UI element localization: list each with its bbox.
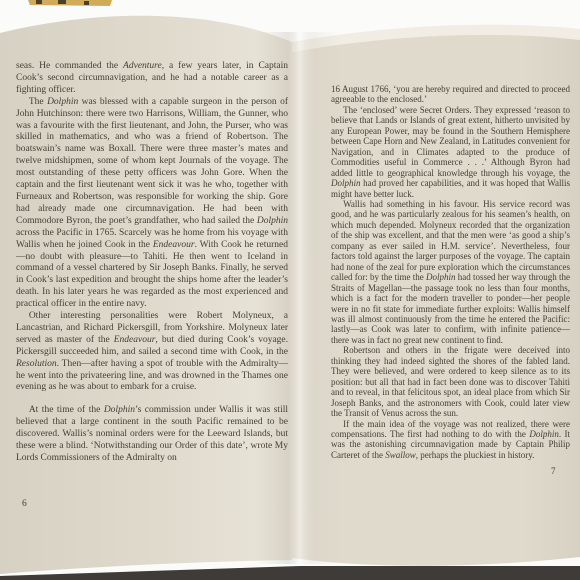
ship-name-italic: Endeavour — [114, 335, 156, 345]
body-text: At the time of the — [29, 405, 104, 415]
book-photo-scene: { "colors": { "background": "#fbfbf9", "… — [0, 0, 580, 580]
paragraph: 16 August 1766, ‘you are hereby required… — [331, 84, 570, 105]
right-page-text: 16 August 1766, ‘you are hereby required… — [331, 84, 570, 460]
ship-name-italic: Adventure — [123, 61, 162, 71]
body-text: . With Cook he returned—no doubt with pl… — [16, 240, 288, 310]
left-page-text: seas. He commanded the Adventure, a few … — [16, 61, 288, 465]
ship-name-italic: Dolphin — [257, 216, 288, 226]
body-text: had tossed her way through the Straits o… — [331, 272, 570, 345]
paragraph: Other interesting personalities were Rob… — [16, 311, 288, 394]
right-page-number: 7 — [551, 466, 556, 476]
left-page: seas. He commanded the Adventure, a few … — [16, 61, 288, 465]
body-text: 16 August 1766, ‘you are hereby required… — [331, 84, 570, 104]
body-text: had proved her capabilities, and it was … — [331, 178, 570, 198]
ship-name-italic: Dolphin — [47, 97, 78, 107]
ship-name-italic: Resolution — [16, 359, 57, 369]
cover-edge-speck — [36, 0, 42, 4]
ship-name-italic: Dolphin — [331, 178, 361, 188]
paragraph: The ‘enclosed’ were Secret Orders. They … — [331, 105, 570, 199]
body-text: . Then—after having a spot of trouble wi… — [16, 359, 288, 393]
body-text: The — [29, 97, 47, 107]
body-text: Robertson and others in the frigate were… — [331, 345, 570, 418]
cover-edge-speck — [84, 1, 89, 5]
paragraph: At the time of the Dolphin’s commission … — [16, 405, 288, 465]
ship-name-italic: Dolphin — [104, 405, 135, 415]
body-text: Wallis had something in his favour. His … — [331, 199, 570, 282]
body-text: seas. He commanded the — [16, 61, 123, 71]
cover-edge-speck — [58, 0, 66, 4]
ship-name-italic: Endeavour — [153, 240, 195, 250]
ship-name-italic: Dolphin — [426, 272, 456, 282]
paragraph: Wallis had something in his favour. His … — [331, 199, 570, 345]
ship-name-italic: Swallow — [385, 450, 416, 460]
body-text: , perhaps the pluckiest in history. — [416, 450, 535, 460]
left-page-number: 6 — [22, 499, 27, 509]
paragraph: seas. He commanded the Adventure, a few … — [16, 61, 288, 97]
paragraph: If the main idea of the voyage was not r… — [331, 419, 570, 461]
body-text: The ‘enclosed’ were Secret Orders. They … — [331, 105, 570, 178]
paragraph: Robertson and others in the frigate were… — [331, 345, 570, 418]
paragraph: The Dolphin was blessed with a capable s… — [16, 97, 288, 311]
right-page: 16 August 1766, ‘you are hereby required… — [331, 84, 570, 460]
body-text: was blessed with a capable surgeon in th… — [16, 97, 288, 226]
ship-name-italic: Dolphin — [529, 429, 559, 439]
